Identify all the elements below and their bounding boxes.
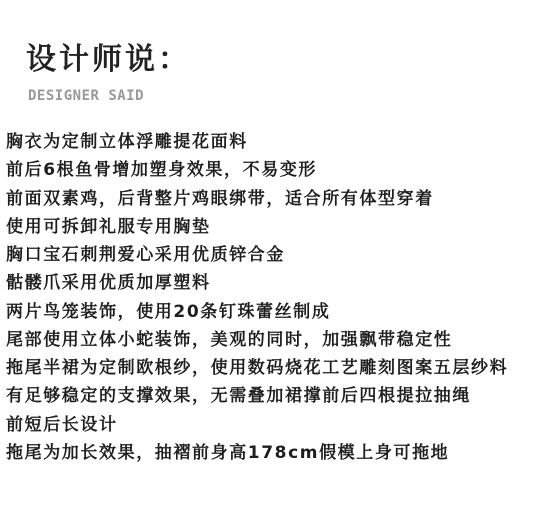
description-line: 前面双素鸡，后背整片鸡眼绑带，适合所有体型穿着 [6,185,452,213]
description-line: 前后6根鱼骨增加塑身效果，不易变形 [6,156,452,184]
bodice-description: 胸衣为定制立体浮雕提花面料 前后6根鱼骨增加塑身效果，不易变形 前面双素鸡，后背… [6,128,452,354]
description-line: 有足够稳定的支撑效果，无需叠加裙撑前后四根提拉抽绳 [6,382,508,410]
description-line: 两片鸟笼装饰，使用20条钉珠蕾丝制成 [6,298,452,326]
description-line: 使用可拆卸礼服专用胸垫 [6,213,452,241]
description-line: 骷髅爪采用优质加厚塑料 [6,269,452,297]
page-title: 设计师说： [26,40,191,80]
description-line: 拖尾为加长效果，抽褶前身高178cm假模上身可拖地 [6,439,508,467]
skirt-description: 拖尾半裙为定制欧根纱，使用数码烧花工艺雕刻图案五层纱料 有足够稳定的支撑效果，无… [6,354,508,467]
page-subtitle: DESIGNER SAID [28,87,144,105]
description-line: 尾部使用立体小蛇装饰，美观的同时，加强飘带稳定性 [6,326,452,354]
description-line: 胸衣为定制立体浮雕提花面料 [6,128,452,156]
description-line: 胸口宝石刺荆爱心采用优质锌合金 [6,241,452,269]
description-line: 前短后长设计 [6,411,508,439]
description-line: 拖尾半裙为定制欧根纱，使用数码烧花工艺雕刻图案五层纱料 [6,354,508,382]
